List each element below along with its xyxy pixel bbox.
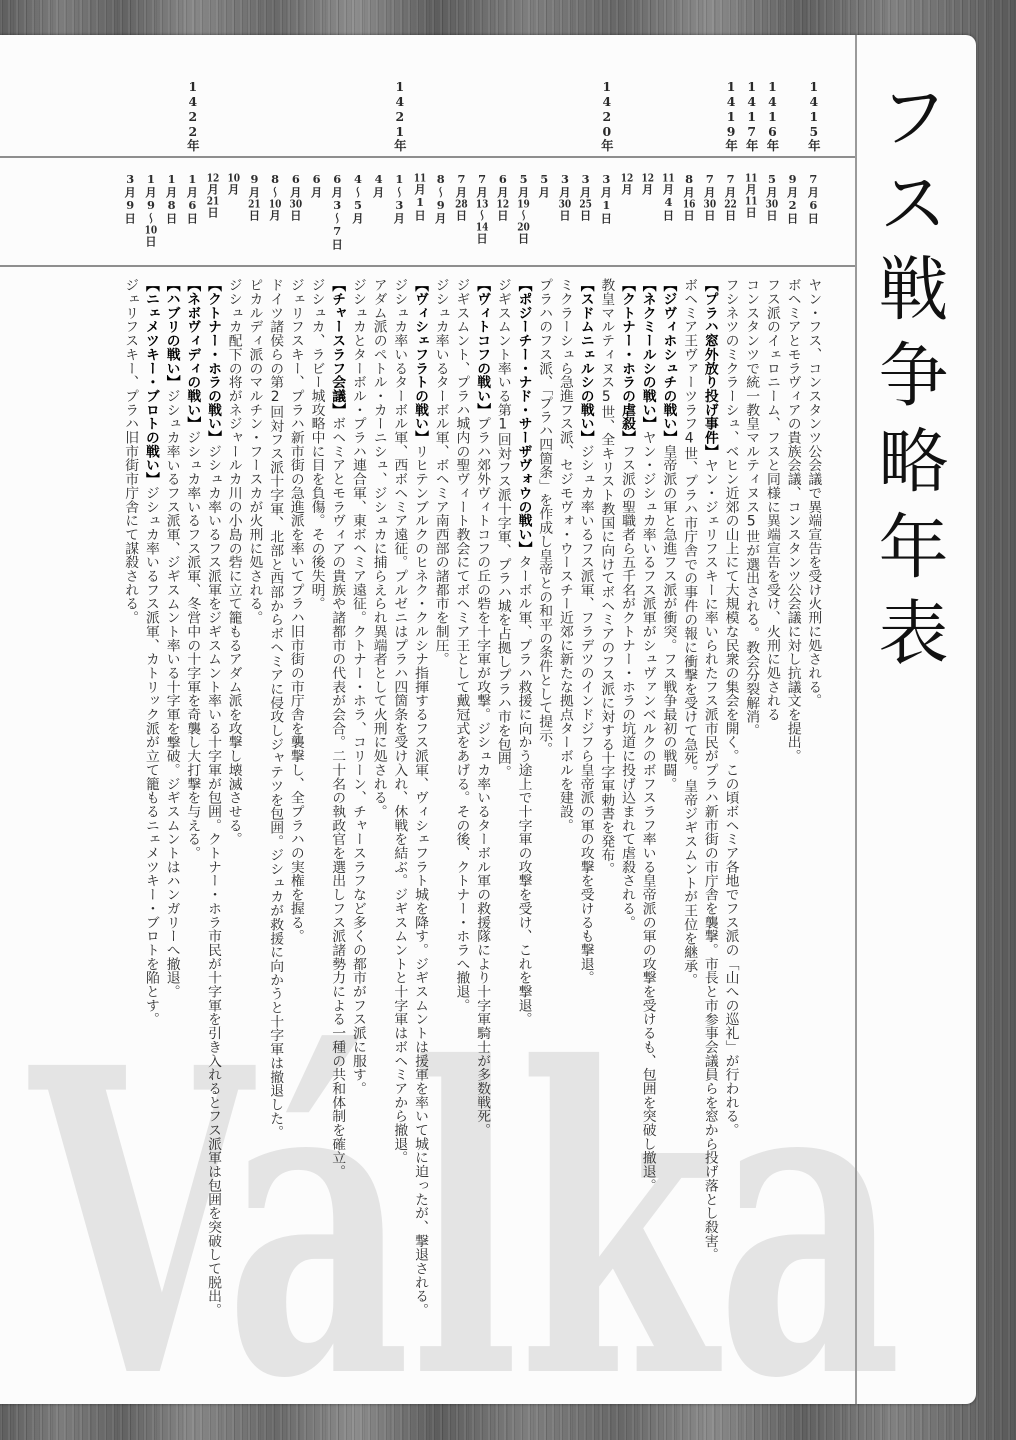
event-text: ジシュカ配下の将がネジャールカ川の小島の砦に立て籠もるアダム派を攻撃し壊滅させる… bbox=[226, 278, 242, 846]
event-title: 【ネクミールシの戦い】 bbox=[640, 278, 656, 430]
date-label: 1〜3月 bbox=[389, 172, 410, 224]
event-entry: ジェリフスキー、プラハ旧市街市庁舎にて謀殺される。 bbox=[120, 278, 141, 624]
event-entry: 【ニェメツキー・ブロトの戦い】ジシュカ率いるフス派軍、カトリック派が立て籠もるニ… bbox=[140, 278, 161, 1026]
date-label: 11月4日 bbox=[658, 172, 679, 221]
date-label: 7月22日 bbox=[720, 172, 741, 221]
event-entry: フス派のイェロニーム、フスと同様に異端宣告を受け、火刑に処される bbox=[761, 278, 782, 721]
timeline-column: 8〜10月ドイツ諸侯らの第2回対フス派十字軍、北部と西部からボヘミアに侵攻しジャ… bbox=[264, 0, 285, 1400]
timeline-column: 7月28日ジギスムント、プラハ城内の聖ヴィート教会にてボヘミア王として戴冠式をあ… bbox=[451, 0, 472, 1400]
event-entry: 【スドムニェルシの戦い】ジシュカ率いるフス派軍、フラデツのインドジフら皇帝派の軍… bbox=[575, 278, 596, 984]
event-entry: ジシュカとターボル・プラハ連合軍、東ボヘミア遠征。クトナー・ホラ、コリーン、チャ… bbox=[347, 278, 368, 1095]
date-label: 10月 bbox=[223, 172, 244, 195]
event-text: ジシュカ、ラビー城攻略中に目を負傷。その後失明。 bbox=[309, 278, 325, 610]
event-entry: 【ネクミールシの戦い】ヤン・ジシュカ率いるフス派軍がシュヴァンベルクのボフスラフ… bbox=[637, 278, 658, 1192]
timeline-column: 3月25日【スドムニェルシの戦い】ジシュカ率いるフス派軍、フラデツのインドジフら… bbox=[575, 0, 596, 1400]
timeline-column: 5月19〜20日【ポジーチー・ナド・サーザヴォウの戦い】ターボル軍、プラハ救援に… bbox=[513, 0, 534, 1400]
event-entry: 【クトナー・ホラの戦い】ジシュカ率いるフス派軍をジギスムント率いる十字軍が包囲。… bbox=[202, 278, 223, 1317]
event-text: ボヘミアとモラヴィアの貴族や諸都市の代表が会合。二十名の執政官を選出しフス派諸勢… bbox=[329, 417, 345, 1179]
event-title: 【プラハ窓外放り投げ事件】 bbox=[702, 278, 718, 458]
event-title: 【ヴィトコフの戦い】 bbox=[474, 278, 490, 417]
event-title: 【クトナー・ホラの虐殺】 bbox=[619, 278, 635, 444]
event-title: 【ポジーチー・ナド・サーザヴォウの戦い】 bbox=[516, 278, 532, 555]
year-label: 1422年 bbox=[182, 79, 203, 151]
event-entry: 【プラハ窓外放り投げ事件】ヤン・ジェリフスキーに率いられたフス派市民がプラハ新市… bbox=[699, 278, 720, 1261]
event-text: ボヘミア王ヴァーツラフ4世、プラハ市庁舎での事件の報に衝撃を受けて急死。皇帝ジギ… bbox=[681, 278, 697, 987]
event-text: ジシュカ率いるフス派軍、フラデツのインドジフら皇帝派の軍の攻撃を受けるも撃退。 bbox=[578, 444, 594, 984]
date-label: 5月19〜20日 bbox=[513, 172, 534, 244]
event-text: ジギスムント率いる第1回対フス派十字軍、プラハ城を占拠しプラハ市を包囲。 bbox=[495, 278, 511, 779]
event-text: フス派のイェロニーム、フスと同様に異端宣告を受け、火刑に処される bbox=[764, 278, 780, 721]
event-entry: ジギスムント率いる第1回対フス派十字軍、プラハ城を占拠しプラハ市を包囲。 bbox=[492, 278, 513, 779]
timeline-column: 8〜9月ジシュカ率いるターボル軍、ボヘミア南西部の諸都市を制圧。 bbox=[430, 0, 451, 1400]
timeline-column: 1月9〜10日【ニェメツキー・ブロトの戦い】ジシュカ率いるフス派軍、カトリック派… bbox=[140, 0, 161, 1400]
event-entry: ボヘミアとモラヴィアの貴族会議、コンスタンツ公会議に対し抗議文を提出。 bbox=[782, 278, 803, 763]
timeline-column: 6月12日ジギスムント率いる第1回対フス派十字軍、プラハ城を占拠しプラハ市を包囲… bbox=[492, 0, 513, 1400]
date-label: 12月 bbox=[637, 172, 658, 195]
event-entry: 【ポジーチー・ナド・サーザヴォウの戦い】ターボル軍、プラハ救援に向かう途上で十字… bbox=[513, 278, 534, 1026]
event-entry: 【ハブリの戦い】ジシュカ率いるフス派軍、ジギスムント率いる十字軍を撃破。ジギスム… bbox=[161, 278, 182, 998]
event-entry: 【ヴィシェフラトの戦い】リヒテンブルクのヒネク・クルシナ指揮するフス派軍、ヴィシ… bbox=[409, 278, 430, 1317]
date-label: 1月9〜10日 bbox=[140, 172, 161, 247]
timeline-column: 1月8日【ハブリの戦い】ジシュカ率いるフス派軍、ジギスムント率いる十字軍を撃破。… bbox=[161, 0, 182, 1400]
timeline-column: 9月21日ピカルディ派のマルチン・フースカが火刑に処される。 bbox=[244, 0, 265, 1400]
event-entry: 【チャースラフ会議】ボヘミアとモラヴィアの貴族や諸都市の代表が会合。二十名の執政… bbox=[327, 278, 348, 1178]
timeline-column: 8月16日ボヘミア王ヴァーツラフ4世、プラハ市庁舎での事件の報に衝撃を受けて急死… bbox=[678, 0, 699, 1400]
timeline-column: 1421年1〜3月ジシュカ率いるターボル軍、西ボヘミア遠征。プルゼニはプラハ四箇… bbox=[389, 0, 410, 1400]
event-entry: 【ネボヴィディの戦い】ジシュカ率いるフス派軍、冬営中の十字軍を奇襲し大打撃を与え… bbox=[182, 278, 203, 860]
event-text: ボヘミアとモラヴィアの貴族会議、コンスタンツ公会議に対し抗議文を提出。 bbox=[785, 278, 801, 763]
date-label: 3月30日 bbox=[554, 172, 575, 221]
event-entry: ミクラーシュら急進フス派、セジモヴォ・ウースチー近郊に新たな拠点ターボルを建設。 bbox=[554, 278, 575, 832]
date-label: 3月1日 bbox=[596, 172, 617, 224]
timeline: 1415年7月6日ヤン・フス、コンスタンツ公会議で異端宣告を受け火刑に処される。… bbox=[0, 0, 1016, 1440]
timeline-column: 12月【ネクミールシの戦い】ヤン・ジシュカ率いるフス派軍がシュヴァンベルクのボフ… bbox=[637, 0, 658, 1400]
event-entry: 教皇マルティヌス5世、全キリスト教国に向けてボヘミアのフス派に対する十字軍勅書を… bbox=[596, 278, 617, 876]
date-label: 8〜9月 bbox=[430, 172, 451, 224]
event-text: コンスタンツで統一教皇マルティヌス5世が選出される。教会分裂解消。 bbox=[743, 278, 759, 737]
event-entry: ヤン・フス、コンスタンツ公会議で異端宣告を受け火刑に処される。 bbox=[803, 278, 824, 707]
event-entry: ジギスムント、プラハ城内の聖ヴィート教会にてボヘミア王として戴冠式をあげる。その… bbox=[451, 278, 472, 1012]
date-label: 7月6日 bbox=[803, 172, 824, 224]
timeline-column: 9月2日ボヘミアとモラヴィアの貴族会議、コンスタンツ公会議に対し抗議文を提出。 bbox=[782, 0, 803, 1400]
timeline-column: 4月アダム派のペトル・カーニシュ、ジシュカに捕らえられ異端者として火刑に処される… bbox=[368, 0, 389, 1400]
timeline-column: 7月30日【プラハ窓外放り投げ事件】ヤン・ジェリフスキーに率いられたフス派市民が… bbox=[699, 0, 720, 1400]
date-label: 6月 bbox=[306, 172, 327, 198]
date-label: 7月30日 bbox=[699, 172, 720, 221]
year-label: 1421年 bbox=[389, 79, 410, 151]
event-entry: プラハのフス派、「プラハ四箇条」を作成し皇帝との和平の条件として提示。 bbox=[534, 278, 555, 756]
event-text: ターボル軍、プラハ救援に向かう途上で十字軍の攻撃を受け、これを撃退。 bbox=[516, 555, 532, 1026]
event-entry: ジシュカ配下の将がネジャールカ川の小島の砦に立て籠もるアダム派を攻撃し壊滅させる… bbox=[223, 278, 244, 846]
timeline-column: 7月13〜14日【ヴィトコフの戦い】プラハ郊外ヴィトコフの丘の砦を十字軍が攻撃。… bbox=[471, 0, 492, 1400]
year-label: 1417年 bbox=[741, 79, 762, 151]
date-label: 3月25日 bbox=[575, 172, 596, 221]
event-text: ジシュカ率いるフス派軍、冬営中の十字軍を奇襲し大打撃を与える。 bbox=[184, 430, 200, 859]
date-label: 12月 bbox=[616, 172, 637, 195]
event-text: ピカルディ派のマルチン・フースカが火刑に処される。 bbox=[246, 278, 262, 624]
event-text: プラハ郊外ヴィトコフの丘の砦を十字軍が攻撃。ジシュカ率いるターボル軍の救援隊によ… bbox=[474, 417, 490, 1137]
event-text: 皇帝派の軍と急進フス派が衝突。フス戦争最初の戦闘。 bbox=[660, 444, 676, 790]
timeline-column: 12月21日【クトナー・ホラの戦い】ジシュカ率いるフス派軍をジギスムント率いる十… bbox=[202, 0, 223, 1400]
date-label: 5月30日 bbox=[761, 172, 782, 221]
date-label: 12月21日 bbox=[202, 172, 223, 218]
event-text: ジェリフスキー、プラハ新市街の急進派を率いてプラハ旧市街の市庁舎を襲撃し、全プラ… bbox=[288, 278, 304, 943]
date-label: 11月11日 bbox=[741, 172, 762, 218]
timeline-column: 11月4日【ジヴィホシュチの戦い】皇帝派の軍と急進フス派が衝突。フス戦争最初の戦… bbox=[658, 0, 679, 1400]
date-label: 5月 bbox=[534, 172, 555, 198]
event-entry: ボヘミア王ヴァーツラフ4世、プラハ市庁舎での事件の報に衝撃を受けて急死。皇帝ジギ… bbox=[678, 278, 699, 987]
event-entry: ジシュカ、ラビー城攻略中に目を負傷。その後失明。 bbox=[306, 278, 327, 610]
year-label: 1420年 bbox=[596, 79, 617, 151]
event-entry: 【クトナー・ホラの虐殺】フス派の聖職者ら五千名がクトナー・ホラの坑道に投げ込まれ… bbox=[616, 278, 637, 929]
event-text: ジシュカとターボル・プラハ連合軍、東ボヘミア遠征。クトナー・ホラ、コリーン、チャ… bbox=[350, 278, 366, 1095]
event-entry: ピカルディ派のマルチン・フースカが火刑に処される。 bbox=[244, 278, 265, 624]
timeline-column: 6月ジシュカ、ラビー城攻略中に目を負傷。その後失明。 bbox=[306, 0, 327, 1400]
timeline-column: 6月30日ジェリフスキー、プラハ新市街の急進派を率いてプラハ旧市街の市庁舎を襲撃… bbox=[285, 0, 306, 1400]
event-title: 【ジヴィホシュチの戦い】 bbox=[660, 278, 676, 444]
timeline-column: 5月プラハのフス派、「プラハ四箇条」を作成し皇帝との和平の条件として提示。 bbox=[534, 0, 555, 1400]
event-text: プラハのフス派、「プラハ四箇条」を作成し皇帝との和平の条件として提示。 bbox=[536, 278, 552, 756]
date-label: 11月1日 bbox=[409, 172, 430, 221]
date-label: 8〜10月 bbox=[264, 172, 285, 221]
event-text: ドイツ諸侯らの第2回対フス派十字軍、北部と西部からボヘミアに侵攻しジャテツを包囲… bbox=[267, 278, 283, 1139]
timeline-column: 1416年5月30日フス派のイェロニーム、フスと同様に異端宣告を受け、火刑に処さ… bbox=[761, 0, 782, 1400]
event-entry: 【ヴィトコフの戦い】プラハ郊外ヴィトコフの丘の砦を十字軍が攻撃。ジシュカ率いるタ… bbox=[471, 278, 492, 1137]
event-entry: ジシュカ率いるターボル軍、西ボヘミア遠征。プルゼニはプラハ四箇条を受け入れ、休戦… bbox=[389, 278, 410, 1164]
date-label: 4月 bbox=[368, 172, 389, 198]
event-text: フス派の聖職者ら五千名がクトナー・ホラの坑道に投げ込まれて虐殺される。 bbox=[619, 444, 635, 929]
date-label: 1月6日 bbox=[182, 172, 203, 224]
event-title: 【ネボヴィディの戦い】 bbox=[184, 278, 200, 430]
event-entry: 【ジヴィホシュチの戦い】皇帝派の軍と急進フス派が衝突。フス戦争最初の戦闘。 bbox=[658, 278, 679, 790]
event-text: ヤン・フス、コンスタンツ公会議で異端宣告を受け火刑に処される。 bbox=[805, 278, 821, 707]
event-entry: ドイツ諸侯らの第2回対フス派十字軍、北部と西部からボヘミアに侵攻しジャテツを包囲… bbox=[264, 278, 285, 1139]
event-entry: コンスタンツで統一教皇マルティヌス5世が選出される。教会分裂解消。 bbox=[741, 278, 762, 737]
event-title: 【ハブリの戦い】 bbox=[164, 278, 180, 389]
date-label: 4〜5月 bbox=[347, 172, 368, 224]
timeline-column: 1415年7月6日ヤン・フス、コンスタンツ公会議で異端宣告を受け火刑に処される。 bbox=[803, 0, 824, 1400]
year-label: 1416年 bbox=[761, 79, 782, 151]
timeline-column: 1422年1月6日【ネボヴィディの戦い】ジシュカ率いるフス派軍、冬営中の十字軍を… bbox=[182, 0, 203, 1400]
timeline-column: 12月【クトナー・ホラの虐殺】フス派の聖職者ら五千名がクトナー・ホラの坑道に投げ… bbox=[616, 0, 637, 1400]
timeline-column: 1419年7月22日フシネツのミクラーシュ、ベヒン近郊の山上にて大規模な民衆の集… bbox=[720, 0, 741, 1400]
event-title: 【ニェメツキー・ブロトの戦い】 bbox=[143, 278, 159, 486]
event-text: フシネツのミクラーシュ、ベヒン近郊の山上にて大規模な民衆の集会を開く。この頃ボヘ… bbox=[723, 278, 739, 1137]
event-text: リヒテンブルクのヒネク・クルシナ指揮するフス派軍、ヴィシェフラト城を降す。ジギス… bbox=[412, 444, 428, 1317]
event-text: アダム派のペトル・カーニシュ、ジシュカに捕らえられ異端者として火刑に処される。 bbox=[371, 278, 387, 818]
event-text: ミクラーシュら急進フス派、セジモヴォ・ウースチー近郊に新たな拠点ターボルを建設。 bbox=[557, 278, 573, 832]
event-text: ジシュカ率いるフス派軍、ジギスムント率いる十字軍を撃破。ジギスムントはハンガリー… bbox=[164, 389, 180, 998]
event-text: 教皇マルティヌス5世、全キリスト教国に向けてボヘミアのフス派に対する十字軍勅書を… bbox=[598, 278, 614, 876]
event-entry: ジシュカ率いるターボル軍、ボヘミア南西部の諸都市を制圧。 bbox=[430, 278, 451, 666]
timeline-column: 11月1日【ヴィシェフラトの戦い】リヒテンブルクのヒネク・クルシナ指揮するフス派… bbox=[409, 0, 430, 1400]
date-label: 7月28日 bbox=[451, 172, 472, 221]
timeline-column: 10月ジシュカ配下の将がネジャールカ川の小島の砦に立て籠もるアダム派を攻撃し壊滅… bbox=[223, 0, 244, 1400]
event-title: 【ヴィシェフラトの戦い】 bbox=[412, 278, 428, 444]
date-label: 6月12日 bbox=[492, 172, 513, 221]
date-label: 6月30日 bbox=[285, 172, 306, 221]
year-label: 1415年 bbox=[803, 79, 824, 151]
event-text: ジシュカ率いるフス派軍、カトリック派が立て籠もるニェメツキー・ブロトを陥とす。 bbox=[143, 486, 159, 1026]
event-text: ジシュカ率いるフス派軍をジギスムント率いる十字軍が包囲。クトナー・ホラ市民が十字… bbox=[205, 444, 221, 1317]
event-text: ヤン・ジシュカ率いるフス派軍がシュヴァンベルクのボフスラフ率いる皇帝派の軍の攻撃… bbox=[640, 430, 656, 1192]
event-entry: フシネツのミクラーシュ、ベヒン近郊の山上にて大規模な民衆の集会を開く。この頃ボヘ… bbox=[720, 278, 741, 1137]
year-label: 1419年 bbox=[720, 79, 741, 151]
event-title: 【スドムニェルシの戦い】 bbox=[578, 278, 594, 444]
event-title: 【クトナー・ホラの戦い】 bbox=[205, 278, 221, 444]
timeline-column: 1417年11月11日コンスタンツで統一教皇マルティヌス5世が選出される。教会分… bbox=[741, 0, 762, 1400]
date-label: 9月21日 bbox=[244, 172, 265, 221]
event-text: ジシュカ率いるターボル軍、ボヘミア南西部の諸都市を制圧。 bbox=[433, 278, 449, 666]
date-label: 3月9日 bbox=[120, 172, 141, 224]
event-text: ジギスムント、プラハ城内の聖ヴィート教会にてボヘミア王として戴冠式をあげる。その… bbox=[453, 278, 469, 1012]
date-label: 9月2日 bbox=[782, 172, 803, 224]
event-title: 【チャースラフ会議】 bbox=[329, 278, 345, 417]
timeline-column: 4〜5月ジシュカとターボル・プラハ連合軍、東ボヘミア遠征。クトナー・ホラ、コリー… bbox=[347, 0, 368, 1400]
date-label: 8月16日 bbox=[678, 172, 699, 221]
event-text: ジェリフスキー、プラハ旧市街市庁舎にて謀殺される。 bbox=[122, 278, 138, 624]
timeline-column: 3月9日ジェリフスキー、プラハ旧市街市庁舎にて謀殺される。 bbox=[120, 0, 141, 1400]
event-entry: ジェリフスキー、プラハ新市街の急進派を率いてプラハ旧市街の市庁舎を襲撃し、全プラ… bbox=[285, 278, 306, 943]
event-text: ヤン・ジェリフスキーに率いられたフス派市民がプラハ新市街の市庁舎を襲撃。市長と市… bbox=[702, 458, 718, 1261]
date-label: 1月8日 bbox=[161, 172, 182, 224]
event-text: ジシュカ率いるターボル軍、西ボヘミア遠征。プルゼニはプラハ四箇条を受け入れ、休戦… bbox=[391, 278, 407, 1164]
event-entry: アダム派のペトル・カーニシュ、ジシュカに捕らえられ異端者として火刑に処される。 bbox=[368, 278, 389, 818]
date-label: 6月3〜7日 bbox=[327, 172, 348, 250]
timeline-column: 6月3〜7日【チャースラフ会議】ボヘミアとモラヴィアの貴族や諸都市の代表が会合。… bbox=[327, 0, 348, 1400]
date-label: 7月13〜14日 bbox=[471, 172, 492, 244]
timeline-column: 3月30日ミクラーシュら急進フス派、セジモヴォ・ウースチー近郊に新たな拠点ターボ… bbox=[554, 0, 575, 1400]
timeline-column: 1420年3月1日教皇マルティヌス5世、全キリスト教国に向けてボヘミアのフス派に… bbox=[596, 0, 617, 1400]
